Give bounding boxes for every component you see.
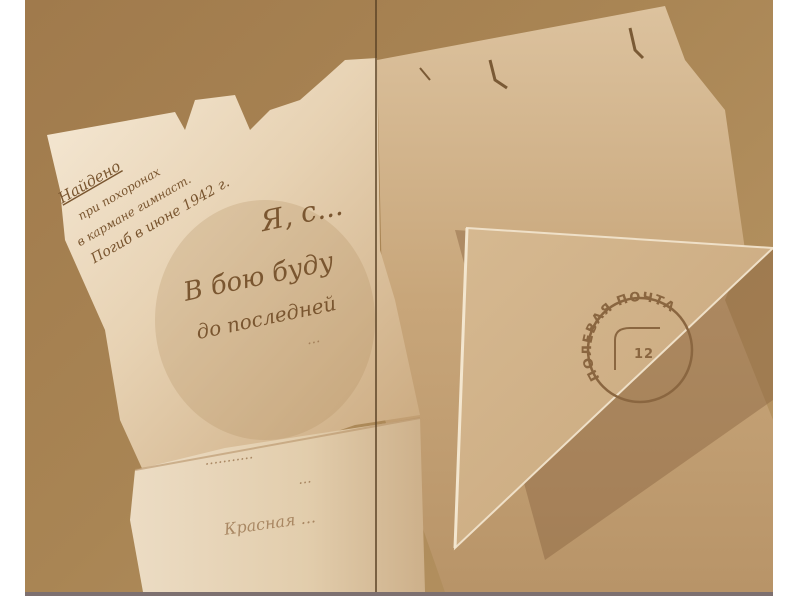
svg-text:...: ... <box>297 470 312 488</box>
bottom-frame-bar <box>25 592 773 596</box>
photo-scene: ПОЛЕВАЯ ПОЧТА 12 Найдено при похоронах в… <box>25 0 773 592</box>
book-spine <box>375 0 377 592</box>
sepia-photograph: ПОЛЕВАЯ ПОЧТА 12 Найдено при похоронах в… <box>25 0 773 592</box>
svg-text:12: 12 <box>634 347 654 362</box>
page: ПОЛЕВАЯ ПОЧТА 12 Найдено при похоронах в… <box>0 0 800 600</box>
